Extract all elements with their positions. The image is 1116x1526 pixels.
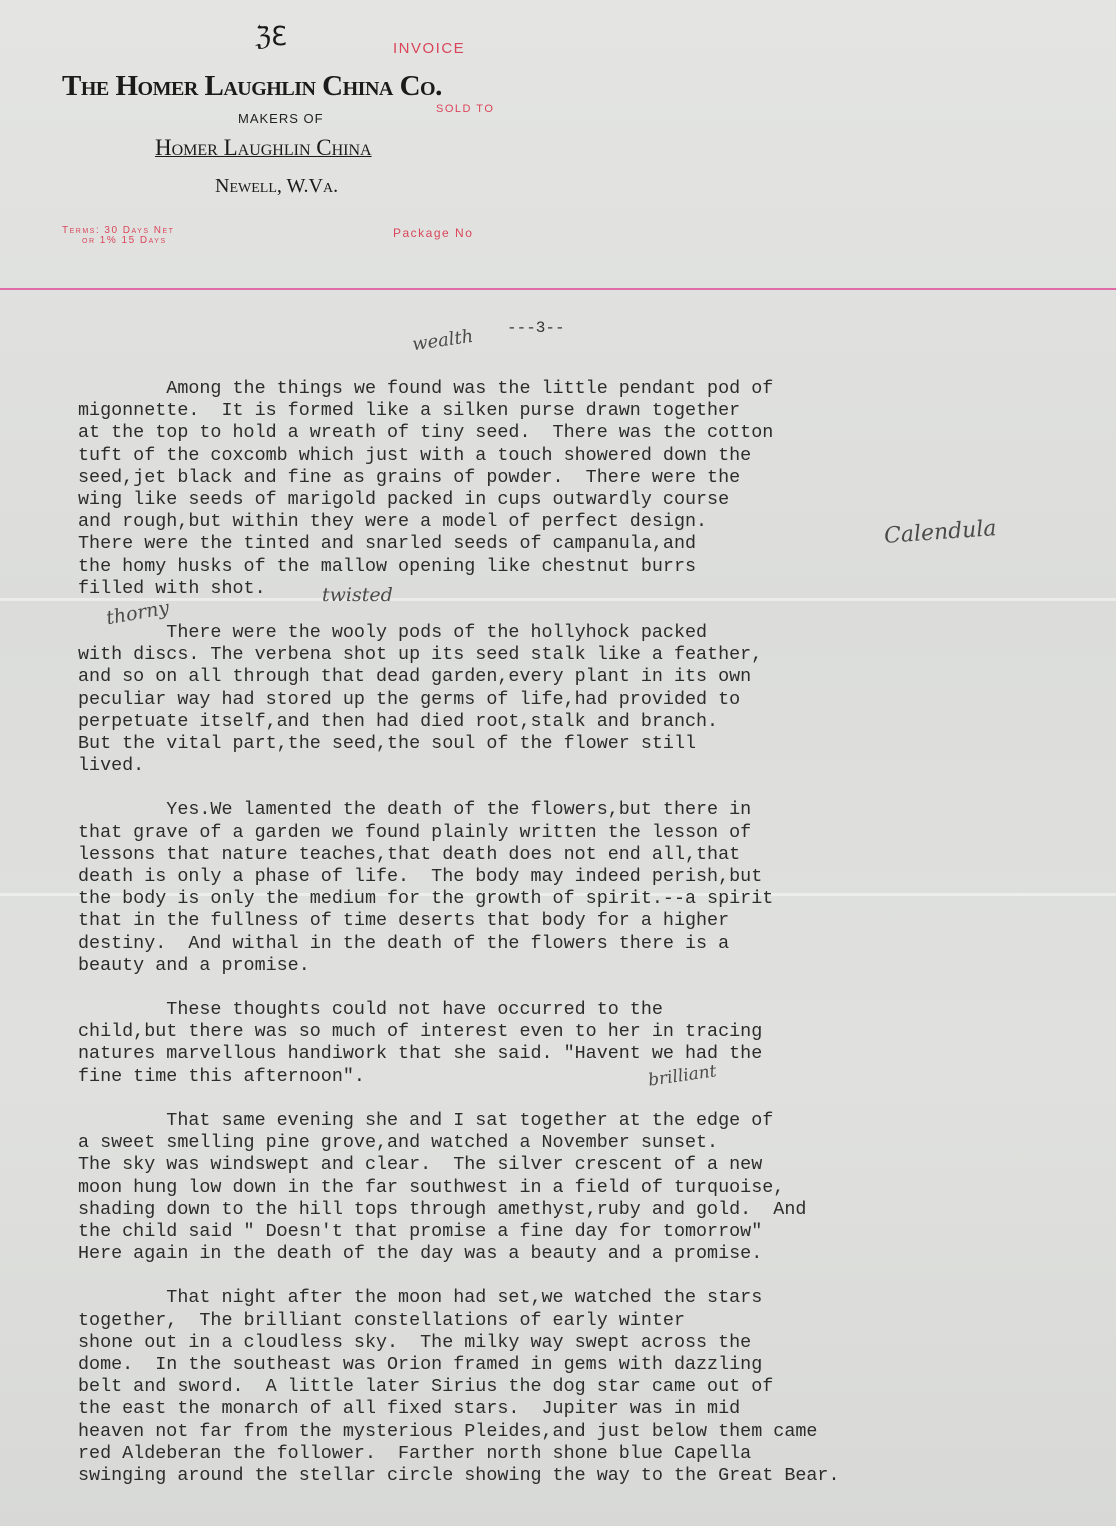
text-line: There were the wooly pods of the hollyho… [78,622,840,644]
company-logo-icon: ℨℇ [255,22,287,52]
sold-to-label: SOLD TO [436,104,494,114]
paragraph: That night after the moon had set,we wat… [78,1287,840,1487]
text-line: migonnette. It is formed like a silken p… [78,400,840,422]
text-line: together, The brilliant constellations o… [78,1310,840,1332]
text-line: wing like seeds of marigold packed in cu… [78,489,840,511]
text-line: These thoughts could not have occurred t… [78,999,840,1021]
text-line: seed,jet black and fine as grains of pow… [78,467,840,489]
paragraph-gap [78,977,840,999]
text-line: fine time this afternoon". [78,1066,840,1088]
makers-of-label: MAKERS OF [238,111,324,126]
text-line: red Aldeberan the follower. Farther nort… [78,1443,840,1465]
text-line: filled with shot. [78,578,840,600]
company-location: Newell, W.Va. [215,175,338,198]
text-line: tuft of the coxcomb which just with a to… [78,445,840,467]
paragraph: That same evening she and I sat together… [78,1110,840,1265]
package-number-label: Package No [393,226,473,240]
text-line: child,but there was so much of interest … [78,1021,840,1043]
text-line: the east the monarch of all fixed stars.… [78,1398,840,1420]
text-line: That night after the moon had set,we wat… [78,1287,840,1309]
text-line: the body is only the medium for the grow… [78,888,840,910]
paragraph: There were the wooly pods of the hollyho… [78,622,840,777]
text-line: lived. [78,755,840,777]
text-line: peculiar way had stored up the germs of … [78,689,840,711]
paragraph: Among the things we found was the little… [78,378,840,600]
text-line: destiny. And withal in the death of the … [78,933,840,955]
invoice-label: INVOICE [393,40,465,57]
page-number: ---3-- [507,319,565,337]
text-line: at the top to hold a wreath of tiny seed… [78,422,840,444]
text-line: beauty and a promise. [78,955,840,977]
text-line: Yes.We lamented the death of the flowers… [78,799,840,821]
text-line: Among the things we found was the little… [78,378,840,400]
letter-body: Among the things we found was the little… [78,378,840,1487]
annotation-wealth: wealth [411,326,475,355]
text-line: belt and sword. A little later Sirius th… [78,1376,840,1398]
text-line: that in the fullness of time deserts tha… [78,910,840,932]
brand-name: Homer Laughlin China [155,135,372,161]
letter-page: ℨℇ The Homer Laughlin China Co. MAKERS O… [0,0,1116,1526]
paragraph-gap [78,600,840,622]
payment-terms: Terms: 30 Days Net or 1% 15 Days [62,226,174,246]
text-line: That same evening she and I sat together… [78,1110,840,1132]
paragraph-gap [78,777,840,799]
terms-line-2: or 1% 15 Days [62,236,174,246]
text-line: shone out in a cloudless sky. The milky … [78,1332,840,1354]
paragraph: Yes.We lamented the death of the flowers… [78,799,840,977]
text-line: that grave of a garden we found plainly … [78,822,840,844]
text-line: and so on all through that dead garden,e… [78,666,840,688]
text-line: There were the tinted and snarled seeds … [78,533,840,555]
text-line: heaven not far from the mysterious Pleid… [78,1421,840,1443]
text-line: But the vital part,the seed,the soul of … [78,733,840,755]
text-line: perpetuate itself,and then had died root… [78,711,840,733]
text-line: a sweet smelling pine grove,and watched … [78,1132,840,1154]
text-line: with discs. The verbena shot up its seed… [78,644,840,666]
letterhead-divider [0,288,1116,290]
company-name: The Homer Laughlin China Co. [62,70,442,103]
text-line: lessons that nature teaches,that death d… [78,844,840,866]
paragraph-gap [78,1088,840,1110]
text-line: natures marvellous handiwork that she sa… [78,1043,840,1065]
paragraph-gap [78,1265,840,1287]
text-line: death is only a phase of life. The body … [78,866,840,888]
text-line: The sky was windswept and clear. The sil… [78,1154,840,1176]
text-line: shading down to the hill tops through am… [78,1199,840,1221]
annotation-calendula: Calendula [883,516,997,549]
text-line: and rough,but within they were a model o… [78,511,840,533]
text-line: Here again in the death of the day was a… [78,1243,840,1265]
text-line: the homy husks of the mallow opening lik… [78,556,840,578]
text-line: swinging around the stellar circle showi… [78,1465,840,1487]
text-line: the child said " Doesn't that promise a … [78,1221,840,1243]
paragraph: These thoughts could not have occurred t… [78,999,840,1088]
text-line: moon hung low down in the far southwest … [78,1177,840,1199]
text-line: dome. In the southeast was Orion framed … [78,1354,840,1376]
